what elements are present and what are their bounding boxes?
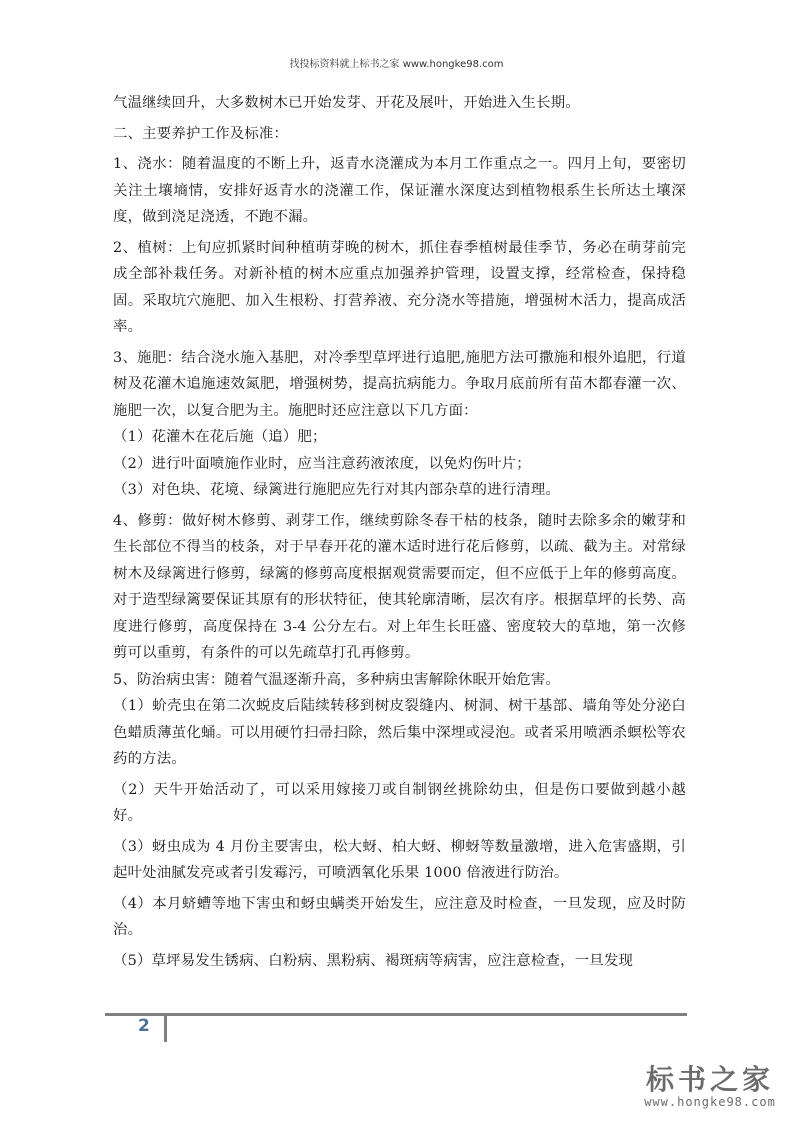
paragraph-pest-control: 5、防治病虫害：随着气温逐渐升高，多种病虫害解除休眠开始危害。 (113, 667, 686, 694)
pest-item-1: （1）蚧壳虫在第二次蜕皮后陆续转移到树皮裂缝内、树洞、树干基部、墙角等处分泌白色… (113, 693, 686, 773)
paragraph-fertilizing: 3、施肥：结合浇水施入基肥，对冷季型草坪进行追肥,施肥方法可撒施和根外追肥，行道… (113, 345, 686, 425)
paragraph-watering: 1、浇水：随着温度的不断上升，返青水浇灌成为本月工作重点之一。四月上旬，要密切关… (113, 151, 686, 231)
fertilizing-item-2: （2）进行叶面喷施作业时，应当注意药液浓度，以免灼伤叶片； (113, 451, 686, 478)
brand-url: www.hongke98.com (635, 1095, 785, 1109)
brand-title: 标书之家 (635, 1065, 785, 1095)
footer-vertical-divider (164, 1016, 167, 1042)
document-body: 气温继续回升，大多数树木已开始发芽、开花及展叶，开始进入生长期。 二、主要养护工… (113, 90, 686, 974)
page-number: 2 (138, 1016, 150, 1036)
pest-item-3: （3）蚜虫成为 4 月份主要害虫，松大蚜、柏大蚜、柳蚜等数量激增，进入危害盛期，… (113, 834, 686, 887)
footer-divider (105, 1013, 687, 1016)
brand-watermark: 标书之家 www.hongke98.com (635, 1065, 785, 1109)
pest-item-5: （5）草坪易发生锈病、白粉病、黑粉病、褐斑病等病害，应注意检查，一旦发现 (113, 948, 686, 975)
page-header: 找投标资料就上标书之家 www.hongke98.com (0, 55, 793, 70)
fertilizing-item-3: （3）对色块、花境、绿篱进行施肥应先行对其内部杂草的进行清理。 (113, 477, 686, 504)
paragraph-intro: 气温继续回升，大多数树木已开始发芽、开花及展叶，开始进入生长期。 (113, 90, 686, 117)
pest-item-2: （2）天牛开始活动了，可以采用嫁接刀或自制钢丝挑除幼虫，但是伤口要做到越小越好。 (113, 777, 686, 830)
pest-item-4: （4）本月蛴螬等地下害虫和蚜虫螨类开始发生，应注意及时检查，一旦发现，应及时防治… (113, 891, 686, 944)
paragraph-planting: 2、植树：上旬应抓紧时间种植萌芽晚的树木，抓住春季植树最佳季节，务必在萌芽前完成… (113, 235, 686, 341)
section-heading: 二、主要养护工作及标准： (113, 121, 686, 148)
fertilizing-item-1: （1）花灌木在花后施（追）肥； (113, 424, 686, 451)
paragraph-pruning: 4、修剪：做好树木修剪、剥芽工作，继续剪除冬春干枯的枝条，随时去除多余的嫩芽和生… (113, 508, 686, 667)
